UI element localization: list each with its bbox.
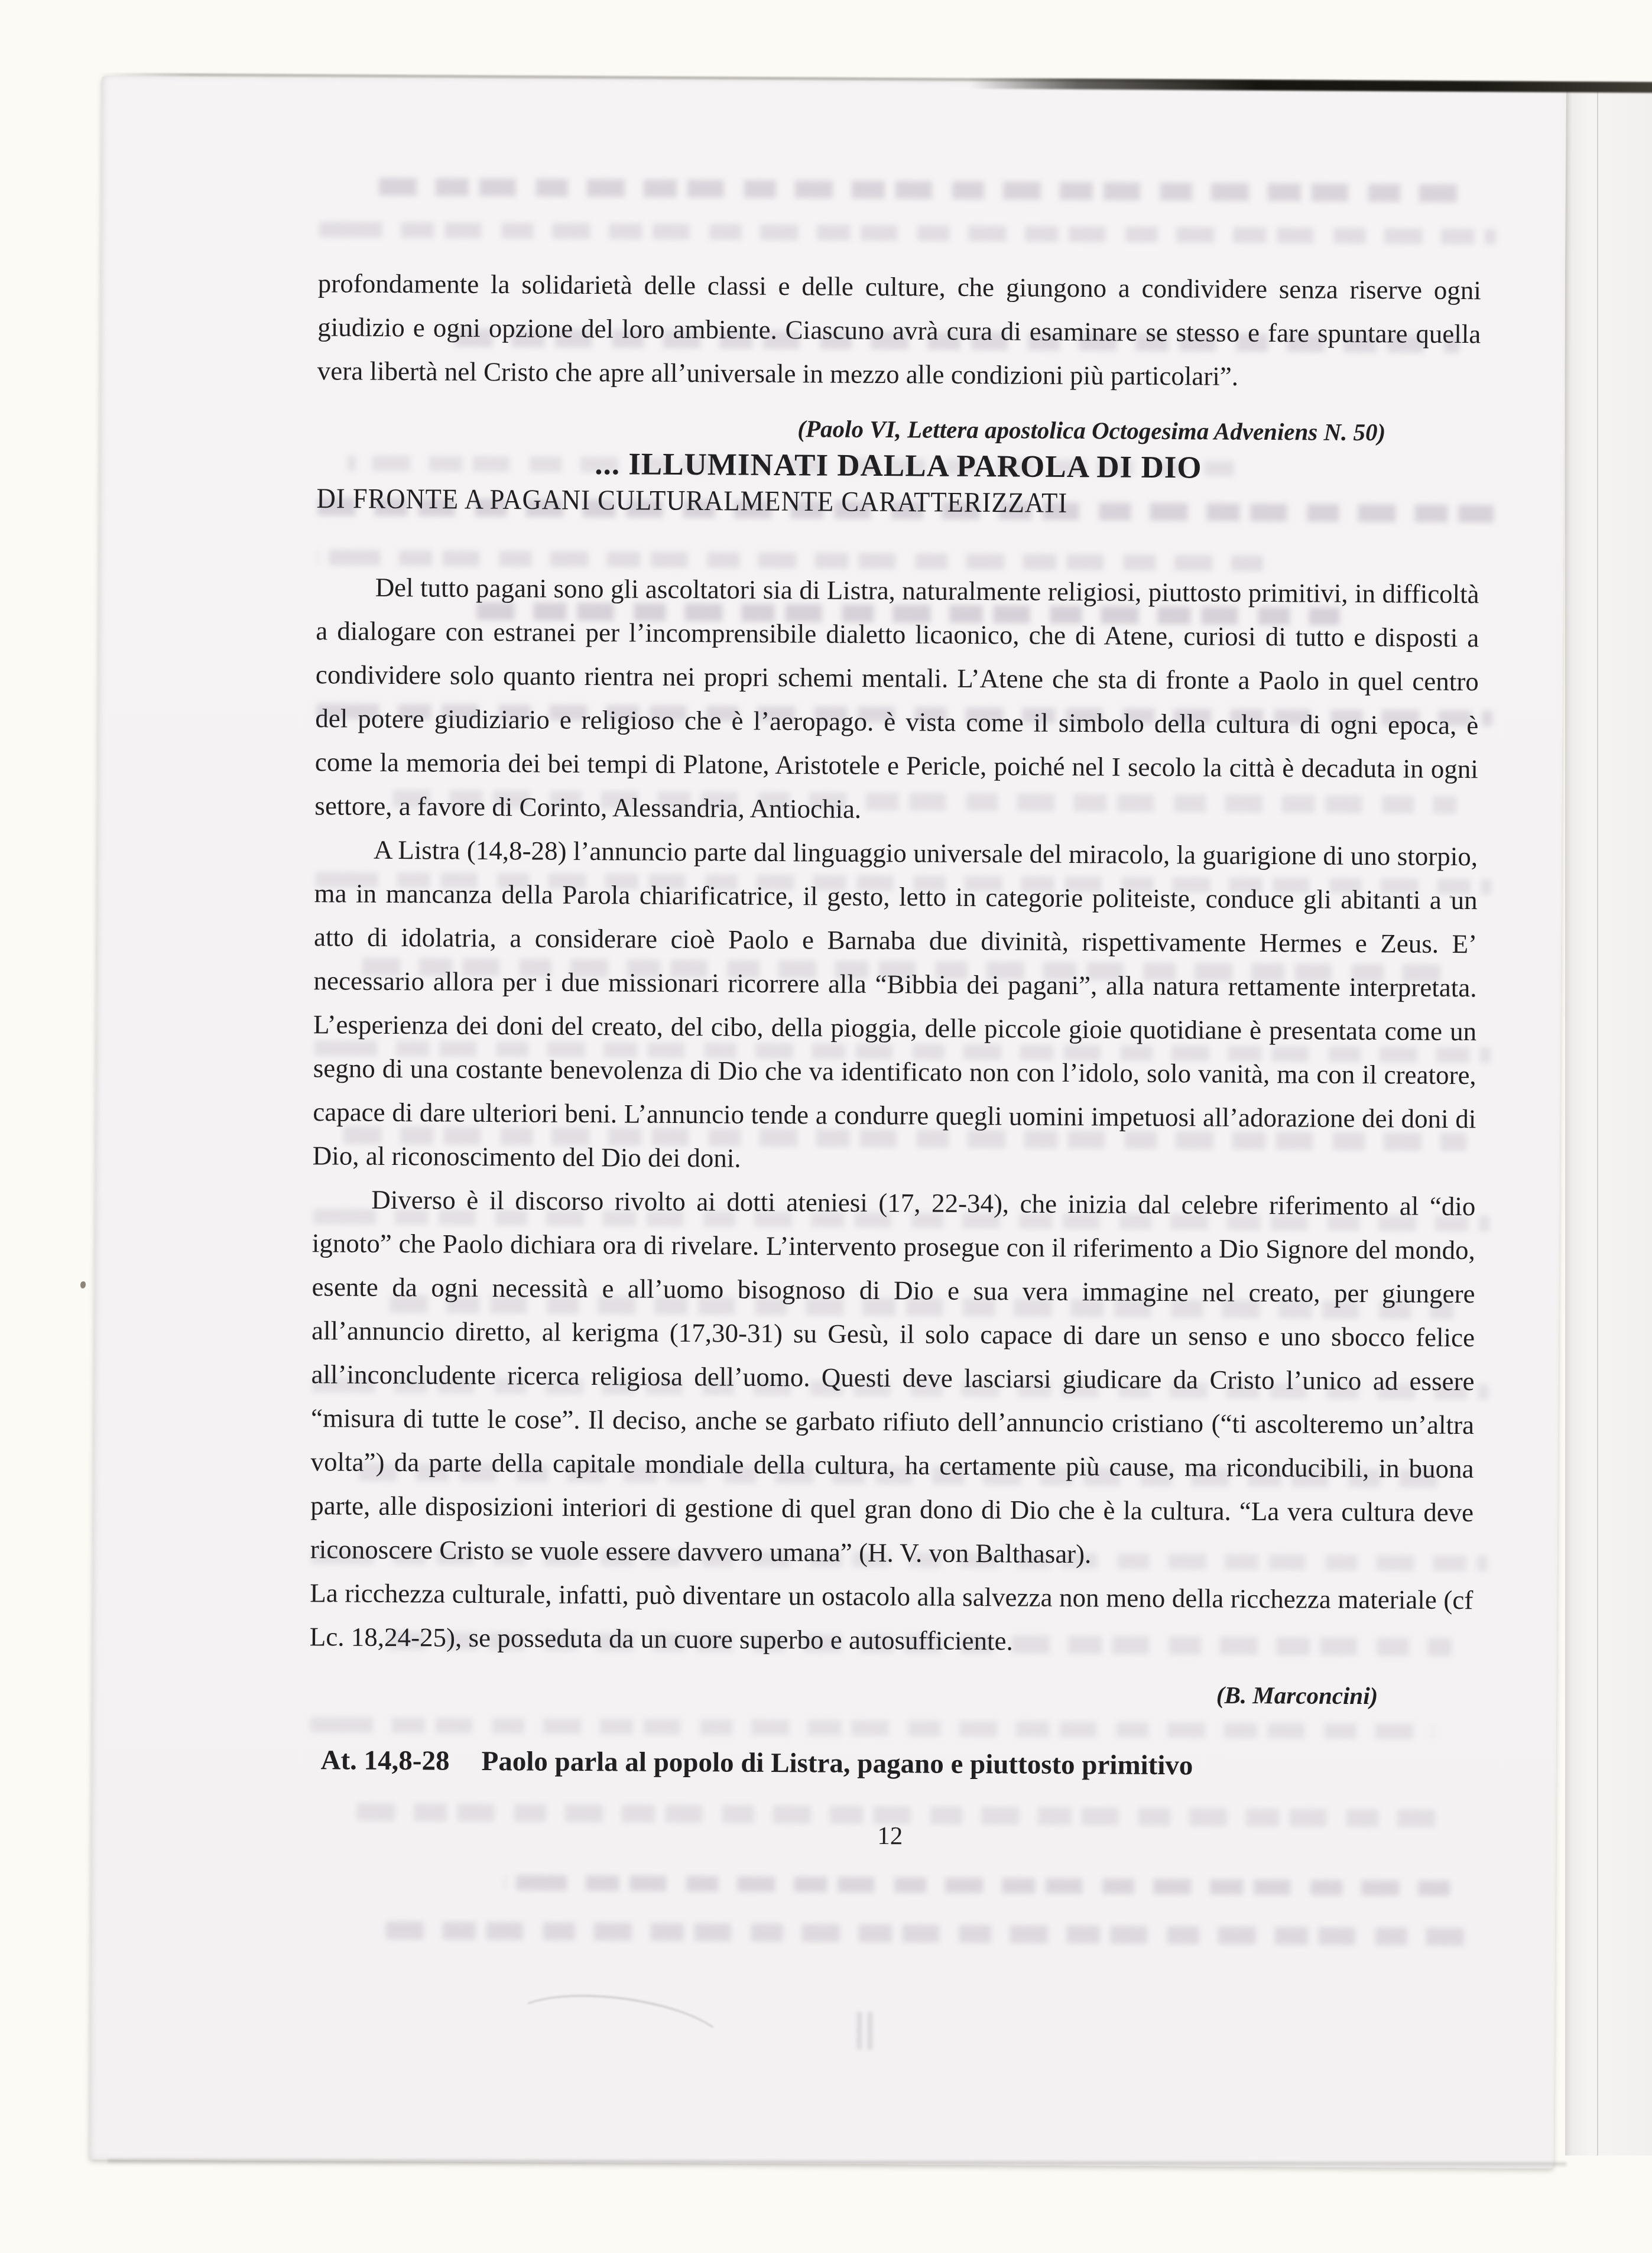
bleed-through-line bbox=[386, 1921, 1479, 1946]
paragraph-listra-atene: Del tutto pagani sono gli ascoltatori si… bbox=[314, 565, 1479, 835]
bleed-through-line bbox=[319, 222, 1495, 244]
bleed-through-line bbox=[504, 1875, 1450, 1896]
page-number: 12 bbox=[309, 1811, 1472, 1862]
text-block: profondamente la solidarietà delle class… bbox=[309, 261, 1481, 1862]
citation-marconcini: (B. Marconcini) bbox=[309, 1671, 1472, 1714]
scripture-title: Paolo parla al popolo di Listra, pagano … bbox=[481, 1742, 1193, 1784]
underlying-page-edge bbox=[1565, 84, 1652, 2155]
scanned-book-page: profondamente la solidarietà delle class… bbox=[0, 0, 1652, 2253]
section-heading: DI FRONTE A PAGANI CULTURALMENTE CARATTE… bbox=[316, 481, 1445, 524]
scripture-line: At. 14,8-28 Paolo parla al popolo di Lis… bbox=[309, 1741, 1472, 1786]
faint-pencil-arc bbox=[503, 1983, 733, 2086]
paragraph-ricchezza: La ricchezza culturale, infatti, può div… bbox=[310, 1571, 1474, 1666]
dust-speck bbox=[80, 1281, 86, 1288]
paragraph-listra-annuncio: A Listra (14,8-28) l’annuncio parte dal … bbox=[313, 827, 1478, 1184]
page-paper: profondamente la solidarietà delle class… bbox=[89, 76, 1566, 2168]
opening-paragraph-fragment: profondamente la solidarietà delle class… bbox=[317, 261, 1481, 400]
scripture-reference: At. 14,8-28 bbox=[320, 1741, 449, 1780]
ghost-page-number-mark bbox=[850, 2012, 877, 2050]
bleed-through-line bbox=[379, 178, 1460, 202]
paragraph-ateniesi: Diverso è il discorso rivolto ai dotti a… bbox=[310, 1177, 1476, 1578]
